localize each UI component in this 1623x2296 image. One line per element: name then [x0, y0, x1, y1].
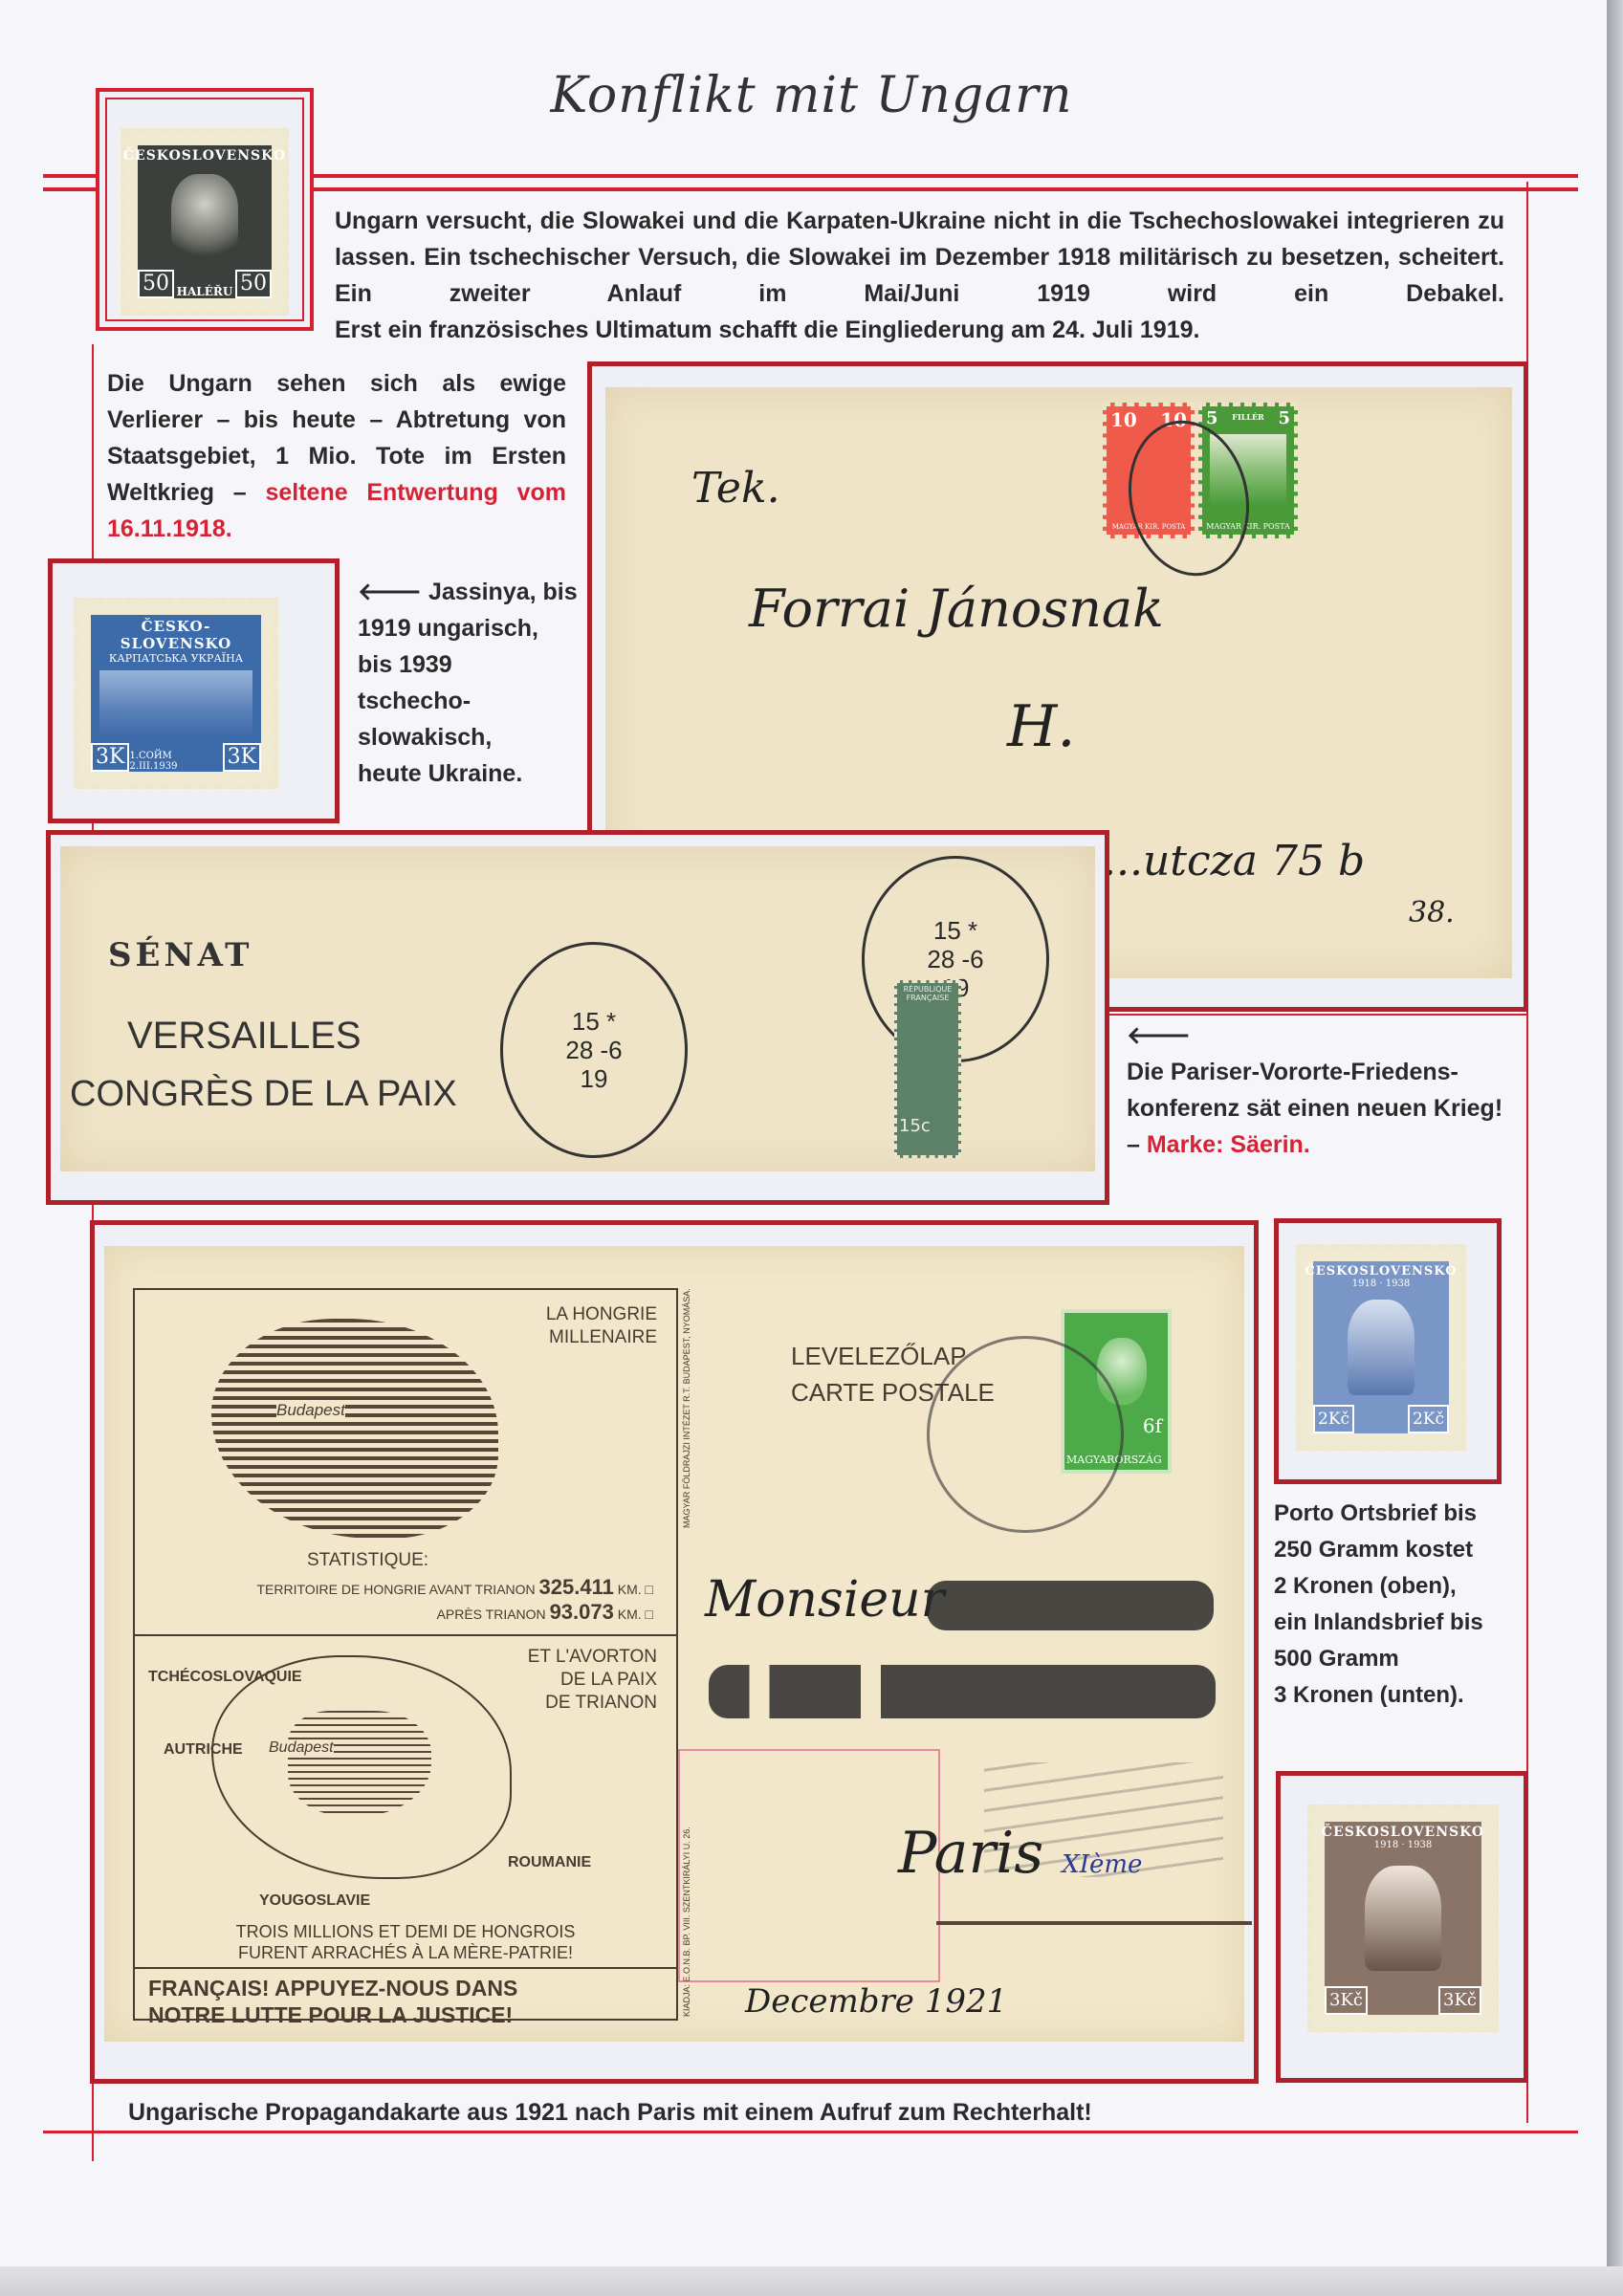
album-sleeve-bottom [0, 2266, 1623, 2296]
note-line: ein Inlandsbrief bis [1274, 1605, 1523, 1641]
note-line: bis 1939 [358, 646, 578, 683]
label-roumanie: ROUMANIE [508, 1854, 591, 1871]
map-trianon-remnant [288, 1711, 431, 1816]
album-page: Konflikt mit Ungarn ČESKOSLOVENSKO 50 HA… [0, 0, 1607, 2266]
map1-title: LA HONGRIE MILLENAIRE [546, 1303, 657, 1349]
map2-caption: TROIS MILLIONS ET DEMI DE HONGROIS FUREN… [135, 1921, 676, 1963]
caption-bottom: Ungarische Propagandakarte aus 1921 nach… [128, 2094, 1467, 2131]
stamp-value: 50 [235, 270, 272, 298]
address-city-text: Paris [898, 1820, 1043, 1887]
stamp-country: ČESKO-SLOVENSKO [91, 615, 261, 652]
stats-unit: KM. □ [618, 1607, 653, 1622]
stamp-value: 5 [1206, 408, 1218, 428]
redacted-street [709, 1665, 1216, 1718]
note-versailles-highlight: Marke: Säerin. [1147, 1131, 1310, 1158]
map1-title-line: MILLENAIRE [546, 1326, 657, 1349]
stamp-semeuse: RÉPUBLIQUE FRANÇAISE 15c [894, 980, 961, 1158]
church-landscape-icon [99, 670, 252, 737]
map2-title-line: ET L'AVORTON [528, 1646, 657, 1669]
note-line: 250 Gramm kostet [1274, 1532, 1523, 1568]
divider-mid [1109, 1014, 1528, 1016]
stamp-value: 2Kč [1313, 1405, 1354, 1433]
portrait-icon [171, 174, 238, 260]
stats-before-label: TERRITOIRE DE HONGRIE AVANT TRIANON [256, 1582, 535, 1597]
divider-bottom [43, 2131, 1578, 2133]
printer-top: MAGYAR FÖLDRAJZI INTÉZET R.T. BUDAPEST, … [682, 1288, 695, 1528]
stamp-frame-2kc: ČESKOSLOVENSKO 1918 · 1938 2Kč 2Kč [1274, 1218, 1502, 1484]
label-tchecoslovaquie: TCHÉCOSLOVAQUIE [148, 1669, 302, 1686]
address-salutation: Monsieur [705, 1571, 944, 1629]
postmark-time: 15 * [572, 1007, 616, 1036]
stamp-value: 3K [223, 743, 261, 772]
stamp-years: 1918 · 1938 [1322, 1840, 1484, 1850]
album-sleeve-edge [1607, 0, 1623, 2296]
stats-unit: KM. □ [618, 1582, 653, 1597]
stamp-inscription: 1.СОЙМ 2.III.1939 [129, 751, 222, 772]
propaganda-card: LA HONGRIE MILLENAIRE Budapest STATISTIQ… [104, 1246, 1244, 2042]
slogan: FRANÇAIS! APPUYEZ-NOUS DANS NOTRE LUTTE … [148, 1975, 517, 2028]
postmark-versailles-left: 15 * 28 -6 19 [500, 942, 688, 1158]
map2-title-line: DE TRIANON [528, 1692, 657, 1715]
stamp-value: 50 [138, 270, 174, 298]
stamp-frame-masaryk: ČESKOSLOVENSKO 50 HALÉŘU 50 [96, 88, 314, 331]
allegory-figure-icon [1365, 1866, 1441, 1971]
stamp-masaryk: ČESKOSLOVENSKO 50 HALÉŘU 50 [121, 128, 289, 316]
note-line: Jassinya, bis [428, 579, 578, 605]
stamp-value: 3Kč [1325, 1986, 1368, 2015]
note-line: Porto Ortsbrief bis [1274, 1496, 1523, 1532]
address-line-2: Forrai Jánosnak [749, 579, 1164, 639]
versailles-label: VERSAILLES [127, 1015, 362, 1058]
map2-caption-line: FURENT ARRACHÉS À LA MÈRE-PATRIE! [135, 1942, 676, 1963]
stamp-country: RÉPUBLIQUE FRANÇAISE [897, 983, 958, 1002]
note-jassinya: 🡐 Jassinya, bis 1919 ungarisch, bis 1939… [358, 574, 578, 792]
stamp-value: 2Kč [1408, 1405, 1449, 1433]
congres-label: CONGRÈS DE LA PAIX [70, 1074, 457, 1115]
address-date: Decembre 1921 [745, 1982, 1007, 2021]
map-hungary-millenaire [211, 1319, 498, 1539]
senat-label: SÉNAT [108, 936, 252, 974]
map1-title-line: LA HONGRIE [546, 1303, 657, 1326]
note-line: 500 Gramm [1274, 1641, 1523, 1677]
stamp-value: 6f [1143, 1414, 1162, 1437]
note-hungarians: Die Ungarn sehen sich als ewige Verliere… [107, 365, 566, 547]
intro-text: Ungarn versucht, die Slowakei und die Ka… [335, 203, 1504, 312]
address-line-5: 38. [1409, 896, 1455, 929]
note-line: 2 Kronen (oben), [1274, 1568, 1523, 1605]
stamp-value: 3K [91, 743, 129, 772]
stamp-2kc: ČESKOSLOVENSKO 1918 · 1938 2Kč 2Kč [1296, 1244, 1466, 1451]
slogan-line: NOTRE LUTTE POUR LA JUSTICE! [148, 2001, 517, 2028]
intro-last-line: Erst ein französisches Ultimatum schafft… [335, 312, 1504, 348]
postmark-time: 15 * [933, 916, 977, 945]
redacted-name [927, 1581, 1214, 1630]
map-panel: LA HONGRIE MILLENAIRE Budapest STATISTIQ… [133, 1288, 678, 2021]
postmark-date: 28 -6 [927, 945, 983, 973]
stamp-value: 15c [899, 1116, 931, 1136]
note-line: 1919 ungarisch, [358, 610, 578, 646]
map2-title-line: DE LA PAIX [528, 1669, 657, 1692]
note-line: heute Ukraine. [358, 755, 578, 792]
stats-before-value: 325.411 [539, 1575, 614, 1599]
arrow-left-icon: 🡐 [1127, 1017, 1519, 1054]
stamp-jassinya: ČESKO-SLOVENSKO КАРПАТСЬКА УКРАЇНА 3K 1.… [74, 598, 278, 789]
stamp-frame-jassinya: ČESKO-SLOVENSKO КАРПАТСЬКА УКРАЇНА 3K 1.… [48, 558, 340, 823]
postmark-year: 19 [581, 1064, 608, 1093]
note-line: tschecho- [358, 683, 578, 719]
stamp-unit: FILLÉR [1232, 408, 1263, 428]
stamp-country: ČESKOSLOVENSKO [1322, 1822, 1484, 1840]
versailles-piece: SÉNAT VERSAILLES CONGRÈS DE LA PAIX 15 *… [60, 846, 1095, 1171]
postmark-date: 28 -6 [565, 1036, 622, 1064]
map2-title: ET L'AVORTON DE LA PAIX DE TRIANON [528, 1646, 657, 1715]
stats-before: TERRITOIRE DE HONGRIE AVANT TRIANON 325.… [256, 1575, 653, 1600]
stamp-frame-3kc: ČESKOSLOVENSKO 1918 · 1938 3Kč 3Kč [1276, 1771, 1528, 2083]
stamp-country: ČESKOSLOVENSKO [123, 145, 286, 164]
stats-after-label: APRÈS TRIANON [437, 1607, 546, 1622]
address-line-4: ...utcza 75 b [1103, 837, 1365, 886]
address-line-3: H. [1007, 693, 1075, 760]
address-district: XIème [1062, 1850, 1142, 1879]
versailles-frame: SÉNAT VERSAILLES CONGRÈS DE LA PAIX 15 *… [46, 830, 1109, 1205]
postmark-budapest [927, 1336, 1124, 1533]
stamp-currency: HALÉŘU [177, 285, 233, 298]
note-versailles: 🡐 Die Pariser-Vororte-Friedens-konferenz… [1127, 1017, 1519, 1163]
note-porto: Porto Ortsbrief bis 250 Gramm kostet 2 K… [1274, 1496, 1523, 1714]
label-autriche: AUTRICHE [164, 1741, 243, 1759]
intro-paragraph: Ungarn versucht, die Slowakei und die Ka… [335, 208, 1504, 307]
stats-after: APRÈS TRIANON 93.073 KM. □ [437, 1600, 653, 1625]
stamp-value: 3Kč [1438, 1986, 1481, 2015]
arrow-left-icon: 🡐 [358, 579, 422, 605]
map2-caption-line: TROIS MILLIONS ET DEMI DE HONGROIS [135, 1921, 676, 1942]
slogan-line: FRANÇAIS! APPUYEZ-NOUS DANS [148, 1975, 517, 2001]
stamp-value: 10 [1110, 408, 1137, 431]
note-line: slowakisch, [358, 719, 578, 755]
propaganda-card-frame: LA HONGRIE MILLENAIRE Budapest STATISTIQ… [90, 1220, 1259, 2084]
stamp-country: ČESKOSLOVENSKO [1305, 1261, 1457, 1279]
address-line-1: Tek. [691, 464, 780, 513]
stamp-subtitle: КАРПАТСЬКА УКРАЇНА [91, 652, 261, 665]
address-city: Paris XIème [898, 1820, 1142, 1887]
stamp-years: 1918 · 1938 [1305, 1279, 1457, 1289]
address-underline [936, 1921, 1252, 1925]
note-line: 3 Kronen (unten). [1274, 1677, 1523, 1714]
stamp-value: 5 [1278, 408, 1290, 428]
label-yougoslavie: YOUGOSLAVIE [259, 1892, 370, 1910]
stamp-3kc: ČESKOSLOVENSKO 1918 · 1938 3Kč 3Kč [1307, 1804, 1499, 2032]
stats-after-value: 93.073 [550, 1600, 614, 1624]
allegory-figure-icon [1348, 1300, 1415, 1395]
map1-city: Budapest [276, 1401, 345, 1420]
map2-city: Budapest [269, 1739, 334, 1757]
stats-label: STATISTIQUE: [307, 1550, 428, 1571]
